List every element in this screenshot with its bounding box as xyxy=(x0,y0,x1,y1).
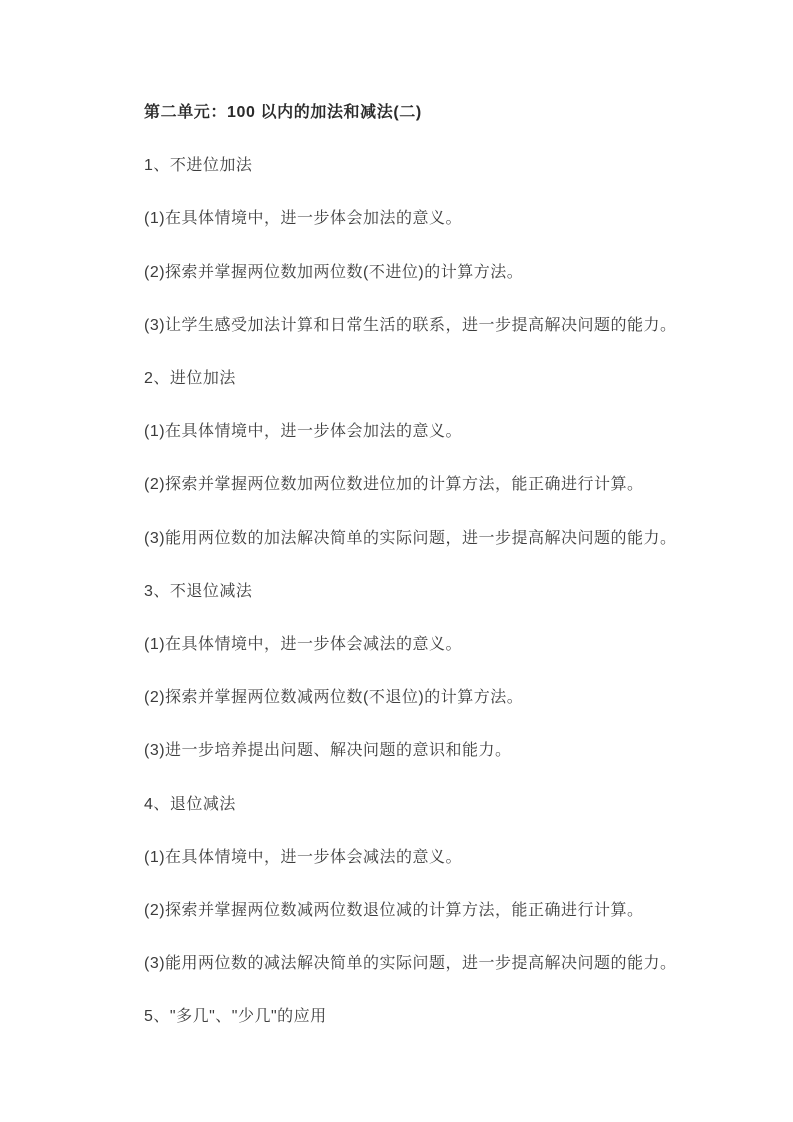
paragraph-section-4: 4、退位减法 xyxy=(144,775,693,828)
paragraph: (3)能用两位数的加法解决简单的实际问题，进一步提高解决问题的能力。 xyxy=(144,510,693,563)
paragraph: (2)探索并掌握两位数加两位数进位加的计算方法，能正确进行计算。 xyxy=(144,456,693,509)
paragraph: (2)探索并掌握两位数减两位数退位减的计算方法，能正确进行计算。 xyxy=(144,882,693,935)
paragraph-section-1: 1、不进位加法 xyxy=(144,137,693,190)
paragraph-section-3: 3、不退位减法 xyxy=(144,563,693,616)
document-title: 第二单元：100 以内的加法和减法(二) xyxy=(144,84,693,137)
paragraph: (3)能用两位数的减法解决简单的实际问题，进一步提高解决问题的能力。 xyxy=(144,935,693,988)
paragraph: (2)探索并掌握两位数加两位数(不进位)的计算方法。 xyxy=(144,244,693,297)
document-page: 第二单元：100 以内的加法和减法(二) 1、不进位加法 (1)在具体情境中，进… xyxy=(144,84,693,1041)
paragraph: (1)在具体情境中，进一步体会减法的意义。 xyxy=(144,829,693,882)
paragraph: (3)进一步培养提出问题、解决问题的意识和能力。 xyxy=(144,722,693,775)
paragraph-section-5: 5、"多几"、"少几"的应用 xyxy=(144,988,693,1041)
paragraph-section-2: 2、进位加法 xyxy=(144,350,693,403)
paragraph: (1)在具体情境中，进一步体会加法的意义。 xyxy=(144,190,693,243)
paragraph: (2)探索并掌握两位数减两位数(不退位)的计算方法。 xyxy=(144,669,693,722)
paragraph: (1)在具体情境中，进一步体会加法的意义。 xyxy=(144,403,693,456)
paragraph: (3)让学生感受加法计算和日常生活的联系，进一步提高解决问题的能力。 xyxy=(144,297,693,350)
paragraph: (1)在具体情境中，进一步体会减法的意义。 xyxy=(144,616,693,669)
